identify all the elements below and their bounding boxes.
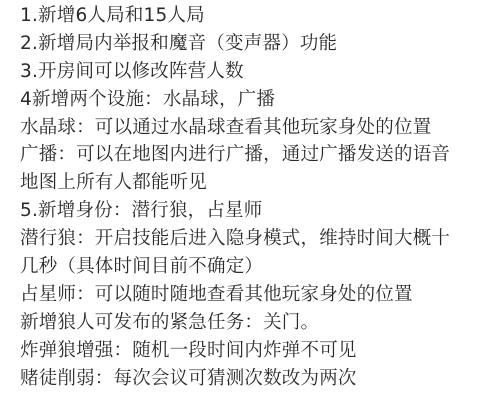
note-line-broadcast-cont: 地图上所有人都能听见 [20,169,480,197]
note-line-broadcast: 广播：可以在地图内进行广播，通过广播发送的语音 [20,141,480,169]
note-line-astrologer: 占星师：可以随时随地查看其他玩家身处的位置 [20,281,480,309]
note-line-5: 5.新增身份：潜行狼，占星师 [20,197,480,225]
note-line-crystal-ball: 水晶球：可以通过水晶球查看其他玩家身处的位置 [20,114,480,142]
note-line-stalker-wolf: 潜行狼：开启技能后进入隐身模式，维持时间大概十 [20,225,480,253]
note-line-3: 3.开房间可以修改阵营人数 [20,58,480,86]
note-line-4: 4新增两个设施：水晶球，广播 [20,86,480,114]
note-line-gambler: 赌徒削弱：每次会议可猜测次数改为两次 [20,365,480,393]
note-line-bomb-wolf: 炸弹狼增强：随机一段时间内炸弹不可见 [20,337,480,365]
note-line-emergency-task: 新增狼人可发布的紧急任务：关门。 [20,309,480,337]
note-line-1: 1.新增6人局和15人局 [20,2,480,30]
update-notes: 1.新增6人局和15人局 2.新增局内举报和魔音（变声器）功能 3.开房间可以修… [20,2,480,392]
note-line-2: 2.新增局内举报和魔音（变声器）功能 [20,30,480,58]
note-line-stalker-wolf-cont: 几秒（具体时间目前不确定） [20,253,480,281]
